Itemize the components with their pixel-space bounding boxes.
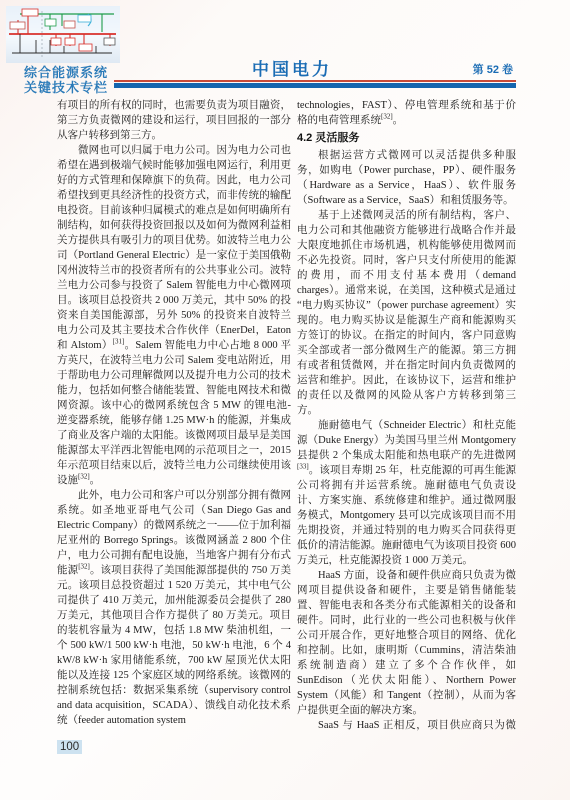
body-paragraph: HaaS 方面，设备和硬件供应商只负责为微网项目提供设备和硬件，主要是销售储能装…: [297, 568, 516, 718]
column-banner: 综合能源系统 关键技术专栏: [6, 6, 126, 95]
journal-title: 中国电力: [252, 55, 332, 80]
journal-page: { "header": { "journal_title": "中国电力", "…: [0, 0, 570, 800]
left-column: 有项目的所有权的同时，也需要负责为项目融资，第三方负责微网的建设和运行，项目回报…: [57, 98, 291, 734]
body-paragraph: 施耐德电气（Schneider Electric）和杜克能源（Duke Ener…: [297, 418, 516, 568]
body-paragraph: SaaS 与 HaaS 正相反，项目供应商只为微网项目提供软件服务。例如，Pow…: [297, 718, 516, 734]
energy-system-diagram: [6, 6, 120, 63]
body-paragraph: 此外，电力公司和客户可以分别部分拥有微网系统。如圣地亚哥电气公司（San Die…: [57, 488, 291, 728]
column-banner-title: 综合能源系统 关键技术专栏: [6, 65, 126, 95]
body-paragraph: technologies，FAST）、停电管理系统和基于价格的电荷管理系统[32…: [297, 98, 516, 128]
body-paragraph: 根据运营方式微网可以灵活提供多种服务，如购电（Power purchase，PP…: [297, 148, 516, 208]
header-rule-red: [114, 80, 516, 82]
volume-label: 第 52 卷: [473, 61, 513, 77]
column-banner-line2: 关键技术专栏: [6, 80, 126, 95]
right-column: technologies，FAST）、停电管理系统和基于价格的电荷管理系统[32…: [297, 98, 516, 734]
body-paragraph: 基于上述微网灵活的所有制结构，客户、电力公司和其他融资方能够进行战略合作并最大限…: [297, 208, 516, 418]
column-banner-line1: 综合能源系统: [6, 65, 126, 80]
header-rule-blue: [114, 83, 516, 88]
body-paragraph: 有项目的所有权的同时，也需要负责为项目融资，第三方负责微网的建设和运行，项目回报…: [57, 98, 291, 143]
page-number: 100: [57, 740, 82, 754]
section-heading: 4.2 灵活服务: [297, 130, 516, 146]
body-paragraph: 微网也可以归属于电力公司。因为电力公司也希望在遇到极端气候时能够加强电网运行，利…: [57, 143, 291, 488]
